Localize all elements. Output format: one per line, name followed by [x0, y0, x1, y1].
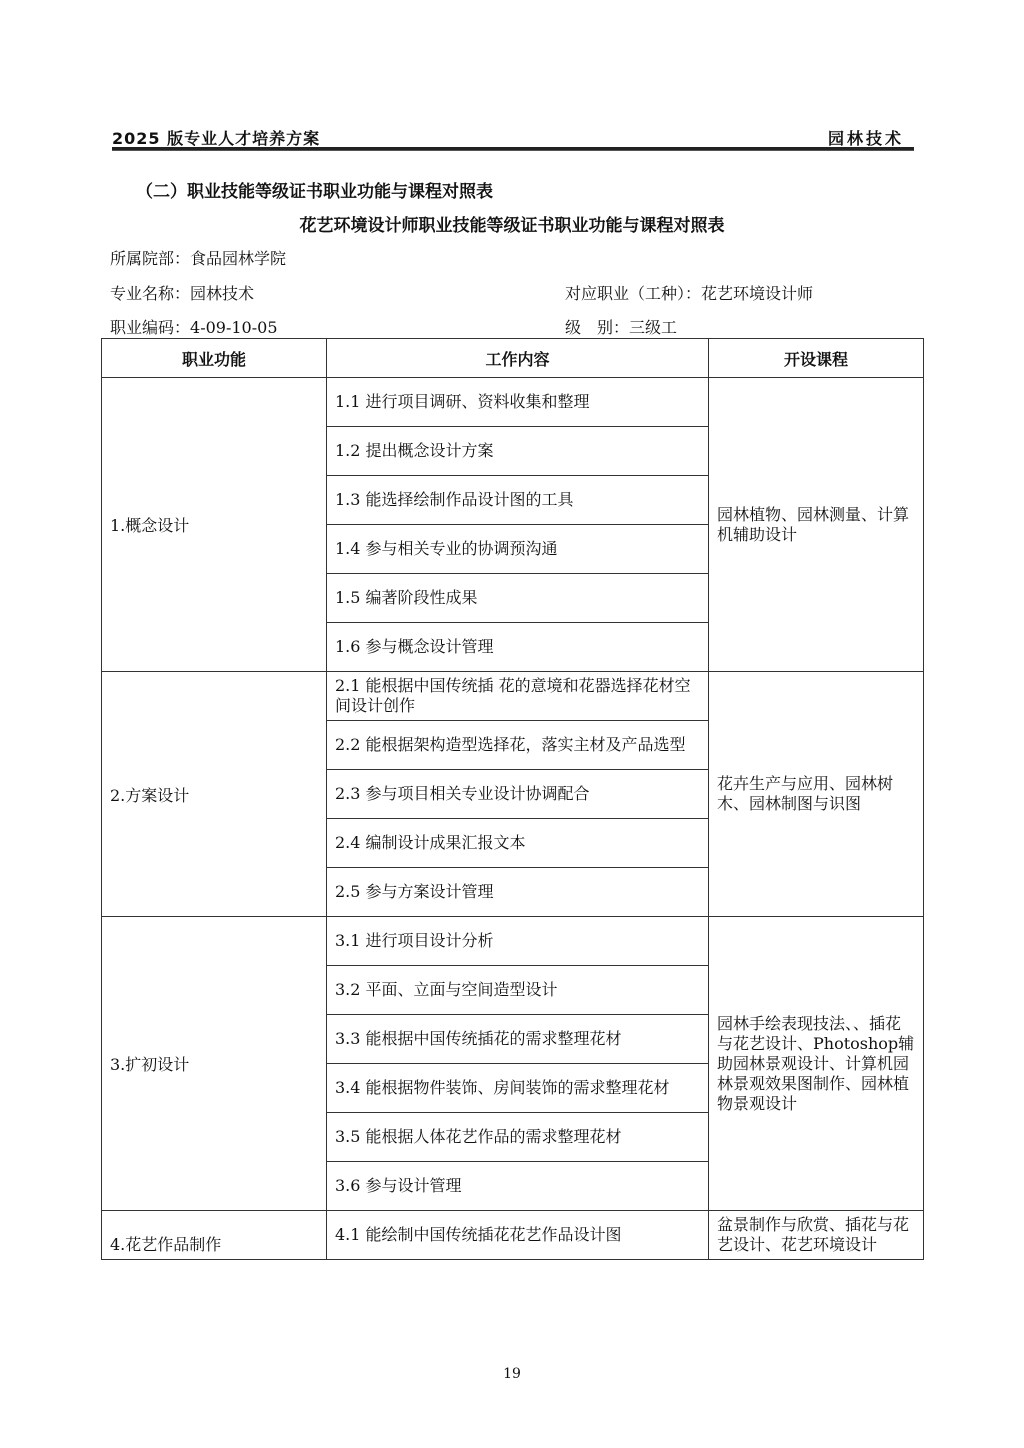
work-item: 3.2 平面、立面与空间造型设计 — [327, 966, 709, 1015]
header-divider — [112, 147, 914, 151]
table-header-row: 职业功能 工作内容 开设课程 — [102, 339, 924, 378]
function-cell: 3.扩初设计 — [102, 917, 327, 1211]
meta-level-label: 级 别： — [565, 318, 629, 337]
work-item: 3.3 能根据中国传统插花的需求整理花材 — [327, 1015, 709, 1064]
section-title: （二）职业技能等级证书职业功能与课程对照表 — [136, 177, 493, 202]
meta-college-value: 食品园林学院 — [190, 249, 286, 268]
table-title: 花艺环境设计师职业技能等级证书职业功能与课程对照表 — [0, 211, 1024, 236]
work-item: 1.6 参与概念设计管理 — [327, 623, 709, 672]
table-row: 2.方案设计 2.1 能根据中国传统插 花的意境和花器选择花材空间设计创作 花卉… — [102, 672, 924, 721]
work-item: 1.3 能选择绘制作品设计图的工具 — [327, 476, 709, 525]
meta-college-label: 所属院部： — [110, 249, 190, 268]
meta-code: 职业编码：4-09-10-05 — [110, 315, 278, 338]
meta-occupation-value: 花艺环境设计师 — [701, 284, 813, 303]
meta-level: 级 别：三级工 — [565, 315, 677, 338]
meta-code-value: 4-09-10-05 — [190, 318, 277, 337]
work-item: 1.5 编著阶段性成果 — [327, 574, 709, 623]
header-function: 职业功能 — [102, 339, 327, 378]
header-major: 园林技术 — [828, 126, 904, 149]
courses-cell: 盆景制作与欣赏、插花与花艺设计、花艺环境设计 — [709, 1211, 924, 1260]
meta-occupation-label: 对应职业（工种）： — [565, 284, 701, 303]
table-row: 4.花艺作品制作 4.1 能绘制中国传统插花花艺作品设计图 盆景制作与欣赏、插花… — [102, 1211, 924, 1260]
meta-major-label: 专业名称： — [110, 284, 190, 303]
function-cell: 2.方案设计 — [102, 672, 327, 917]
work-item: 3.1 进行项目设计分析 — [327, 917, 709, 966]
meta-college: 所属院部：食品园林学院 — [110, 246, 286, 269]
header-doc-title: 2025 版专业人才培养方案 — [112, 126, 320, 149]
table-row: 3.扩初设计 3.1 进行项目设计分析 园林手绘表现技法、、插花与花艺设计、Ph… — [102, 917, 924, 966]
meta-code-label: 职业编码： — [110, 318, 190, 337]
table-row: 1.概念设计 1.1 进行项目调研、资料收集和整理 园林植物、园林测量、计算机辅… — [102, 378, 924, 427]
header-work-content: 工作内容 — [327, 339, 709, 378]
page-number: 19 — [0, 1366, 1024, 1382]
work-item: 2.4 编制设计成果汇报文本 — [327, 819, 709, 868]
courses-cell: 园林手绘表现技法、、插花与花艺设计、Photoshop辅助园林景观设计、计算机园… — [709, 917, 924, 1211]
header-courses: 开设课程 — [709, 339, 924, 378]
courses-cell: 花卉生产与应用、园林树木、园林制图与识图 — [709, 672, 924, 917]
meta-major: 专业名称：园林技术 — [110, 281, 254, 304]
work-item: 3.6 参与设计管理 — [327, 1162, 709, 1211]
work-item: 2.3 参与项目相关专业设计协调配合 — [327, 770, 709, 819]
work-item: 2.5 参与方案设计管理 — [327, 868, 709, 917]
courses-cell: 园林植物、园林测量、计算机辅助设计 — [709, 378, 924, 672]
page-header: 2025 版专业人才培养方案 园林技术 — [112, 124, 914, 146]
work-item: 1.2 提出概念设计方案 — [327, 427, 709, 476]
function-cell: 1.概念设计 — [102, 378, 327, 672]
function-course-table: 职业功能 工作内容 开设课程 1.概念设计 1.1 进行项目调研、资料收集和整理… — [101, 338, 924, 1260]
meta-major-value: 园林技术 — [190, 284, 254, 303]
work-item: 1.1 进行项目调研、资料收集和整理 — [327, 378, 709, 427]
work-item: 3.5 能根据人体花艺作品的需求整理花材 — [327, 1113, 709, 1162]
meta-level-value: 三级工 — [629, 318, 677, 337]
work-item: 3.4 能根据物件装饰、房间装饰的需求整理花材 — [327, 1064, 709, 1113]
work-item: 1.4 参与相关专业的协调预沟通 — [327, 525, 709, 574]
work-item: 2.1 能根据中国传统插 花的意境和花器选择花材空间设计创作 — [327, 672, 709, 721]
work-item: 4.1 能绘制中国传统插花花艺作品设计图 — [327, 1211, 709, 1260]
function-cell: 4.花艺作品制作 — [102, 1211, 327, 1260]
work-item: 2.2 能根据架构造型选择花，落实主材及产品选型 — [327, 721, 709, 770]
meta-occupation: 对应职业（工种）：花艺环境设计师 — [565, 281, 813, 304]
